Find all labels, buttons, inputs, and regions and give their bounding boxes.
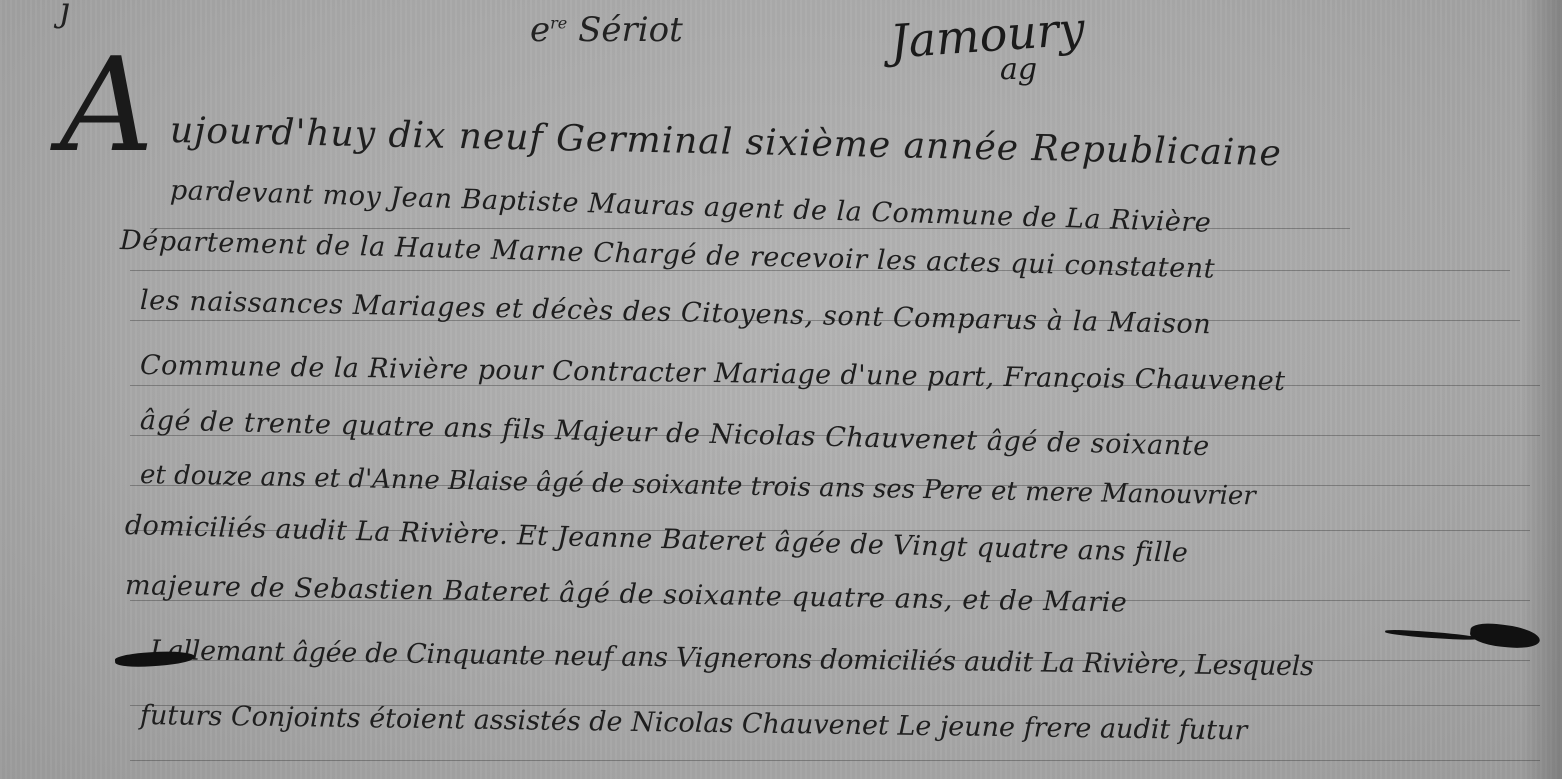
signature-flourish: ag <box>1000 52 1037 87</box>
page-edge-shadow <box>1522 0 1562 779</box>
drop-cap-initial: A <box>60 40 154 170</box>
section-heading: ere Sériot <box>530 10 683 50</box>
stray-ink-mark: j <box>60 0 71 30</box>
section-prefix: e <box>530 10 550 50</box>
section-word: Sériot <box>578 10 683 50</box>
ruled-line <box>130 760 1540 761</box>
section-superscript: re <box>550 14 567 33</box>
